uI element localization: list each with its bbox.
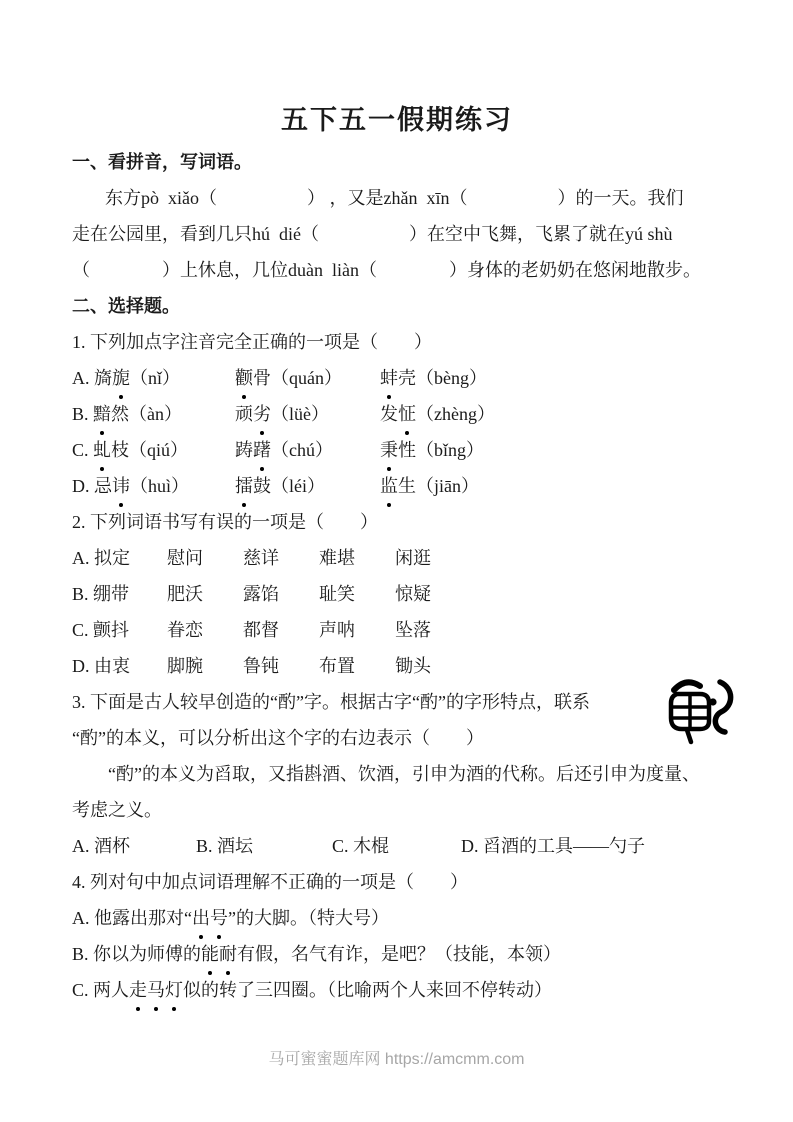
- option-word: A. 旖旎（nǐ）: [72, 360, 235, 396]
- section2-heading: 二、选择题。: [72, 288, 722, 324]
- question3-stem-line1: 3. 下面是古人较早创造的“酌”字。根据古字“酌”的字形特点，联系: [72, 684, 722, 720]
- question4-stem: 4. 列对句中加点词语理解不正确的一项是（ ）: [72, 864, 722, 900]
- question3-note-line2: 考虑之义。: [72, 792, 722, 828]
- option-word: 露馅: [243, 576, 319, 612]
- option-label: A. 酒杯: [72, 828, 196, 864]
- option-word: 慈详: [243, 540, 319, 576]
- option-word: 眷恋: [167, 612, 243, 648]
- option-label: D. 舀酒的工具——勺子: [461, 828, 722, 864]
- site-watermark: 马可蜜蜜题库网 https://amcmm.com: [0, 1046, 793, 1069]
- option-word: 声呐: [319, 612, 395, 648]
- question4-option-a: A. 他露出那对“出号”的大脚。（特大号）: [72, 900, 722, 936]
- question1-option-d: D. 忌讳（huì） 擂鼓（léi） 监生（jiān）: [72, 468, 722, 504]
- option-word: 肥沃: [167, 576, 243, 612]
- option-word: 布置: [319, 648, 395, 684]
- page-title: 五下五一假期练习: [72, 96, 722, 144]
- question1-option-b: B. 黯然（àn） 顽劣（lüè） 发怔（zhèng）: [72, 396, 722, 432]
- option-word: 脚腕: [167, 648, 243, 684]
- option-word: B. 绷带: [72, 576, 167, 612]
- option-word: C. 颤抖: [72, 612, 167, 648]
- worksheet-content: 五下五一假期练习 一、看拼音，写词语。 东方pò xiǎo（ ） ，又是zhǎn…: [72, 0, 722, 1008]
- option-word: A. 拟定: [72, 540, 167, 576]
- question2-stem: 2. 下列词语书写有误的一项是（ ）: [72, 504, 722, 540]
- option-word: 发怔（zhèng）: [380, 396, 722, 432]
- option-label: C. 木棍: [332, 828, 461, 864]
- option-word: 擂鼓（léi）: [235, 468, 380, 504]
- option-word: 蚌壳（bèng）: [380, 360, 722, 396]
- option-label: B. 酒坛: [196, 828, 332, 864]
- question2-option-d: D. 由衷 脚腕 鲁钝 布置 锄头: [72, 648, 722, 684]
- option-word: 颧骨（quán）: [235, 360, 380, 396]
- option-word: 坠落: [395, 612, 722, 648]
- question2-option-c: C. 颤抖 眷恋 都督 声呐 坠落: [72, 612, 722, 648]
- ancient-zhuo-glyph-image: [660, 674, 744, 760]
- option-word: 惊疑: [395, 576, 722, 612]
- option-word: D. 忌讳（huì）: [72, 468, 235, 504]
- question2-option-b: B. 绷带 肥沃 露馅 耻笑 惊疑: [72, 576, 722, 612]
- question1-option-c: C. 虬枝（qiú） 踌躇（chú） 秉性（bǐng）: [72, 432, 722, 468]
- pinyin-paragraph-line: 东方pò xiǎo（ ） ，又是zhǎn xīn（ ）的一天。我们: [72, 180, 722, 216]
- question4-option-c: C. 两人走马灯似的转了三四圈。（比喻两个人来回不停转动）: [72, 972, 722, 1008]
- worksheet-page: 五下五一假期练习 一、看拼音，写词语。 东方pò xiǎo（ ） ，又是zhǎn…: [0, 0, 793, 1122]
- question2-option-a: A. 拟定 慰问 慈详 难堪 闲逛: [72, 540, 722, 576]
- option-word: 慰问: [167, 540, 243, 576]
- option-word: 秉性（bǐng）: [380, 432, 722, 468]
- option-word: 踌躇（chú）: [235, 432, 380, 468]
- pinyin-paragraph-line: （ ）上休息，几位duàn liàn（ ）身体的老奶奶在悠闲地散步。: [72, 252, 722, 288]
- option-word: 监生（jiān）: [380, 468, 722, 504]
- question1-option-a: A. 旖旎（nǐ） 颧骨（quán） 蚌壳（bèng）: [72, 360, 722, 396]
- option-word: C. 虬枝（qiú）: [72, 432, 235, 468]
- pinyin-paragraph-line: 走在公园里，看到几只hú dié（ ）在空中飞舞，飞累了就在yú shù: [72, 216, 722, 252]
- option-word: D. 由衷: [72, 648, 167, 684]
- section1-heading: 一、看拼音，写词语。: [72, 144, 722, 180]
- question1-stem: 1. 下列加点字注音完全正确的一项是（ ）: [72, 324, 722, 360]
- question3-note-line1: “酌”的本义为舀取，又指斟酒、饮酒，引申为酒的代称。后还引申为度量、: [72, 756, 722, 792]
- option-word: 都督: [243, 612, 319, 648]
- option-word: 难堪: [319, 540, 395, 576]
- question3-stem-line2: “酌”的本义，可以分析出这个字的右边表示（ ）: [72, 720, 722, 756]
- option-word: 闲逛: [395, 540, 722, 576]
- option-word: 顽劣（lüè）: [235, 396, 380, 432]
- option-word: B. 黯然（àn）: [72, 396, 235, 432]
- option-word: 鲁钝: [243, 648, 319, 684]
- question3-options-row: A. 酒杯 B. 酒坛 C. 木棍 D. 舀酒的工具——勺子: [72, 828, 722, 864]
- option-word: 耻笑: [319, 576, 395, 612]
- question4-option-b: B. 你以为师傅的能耐有假，名气有诈，是吧？（技能，本领）: [72, 936, 722, 972]
